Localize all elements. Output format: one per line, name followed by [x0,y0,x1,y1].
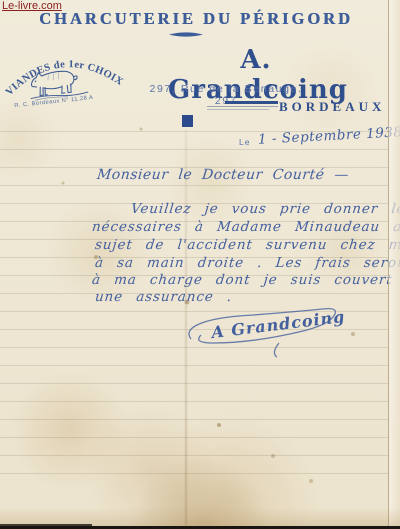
city-rule-thin2 [207,109,269,110]
letter-photo: Le-livre.com CHARCUTERIE DU PÉRIGORD VIA… [0,0,400,529]
city-rule-thin [207,106,278,107]
emblem: VIANDES de 1er CHOIX R. C. Bordeaux N° 1… [0,38,127,118]
body-line: Veuillez je vous prie donner les soins [130,201,400,217]
paper-right-edge [388,0,400,529]
lens-divider-icon [169,31,203,38]
body-line: sujet de l'accident survenu chez moi [94,237,400,253]
date-label: Le [239,137,250,147]
salutation: Monsieur le Docteur Courté — [96,167,350,183]
city-name: BORDEAUX [279,99,385,115]
city-rule-thick [225,101,278,104]
body-line: nécessaires à Madame Minaudeau au [91,219,400,235]
letterhead-title: CHARCUTERIE DU PÉRIGORD [0,9,392,29]
signature: A Grandcoing [183,297,359,361]
body-line: à ma charge dont je suis couvert par [91,272,400,288]
body-line: à sa main droite . Les frais seront [94,255,400,271]
ink-square-mark [182,115,193,127]
